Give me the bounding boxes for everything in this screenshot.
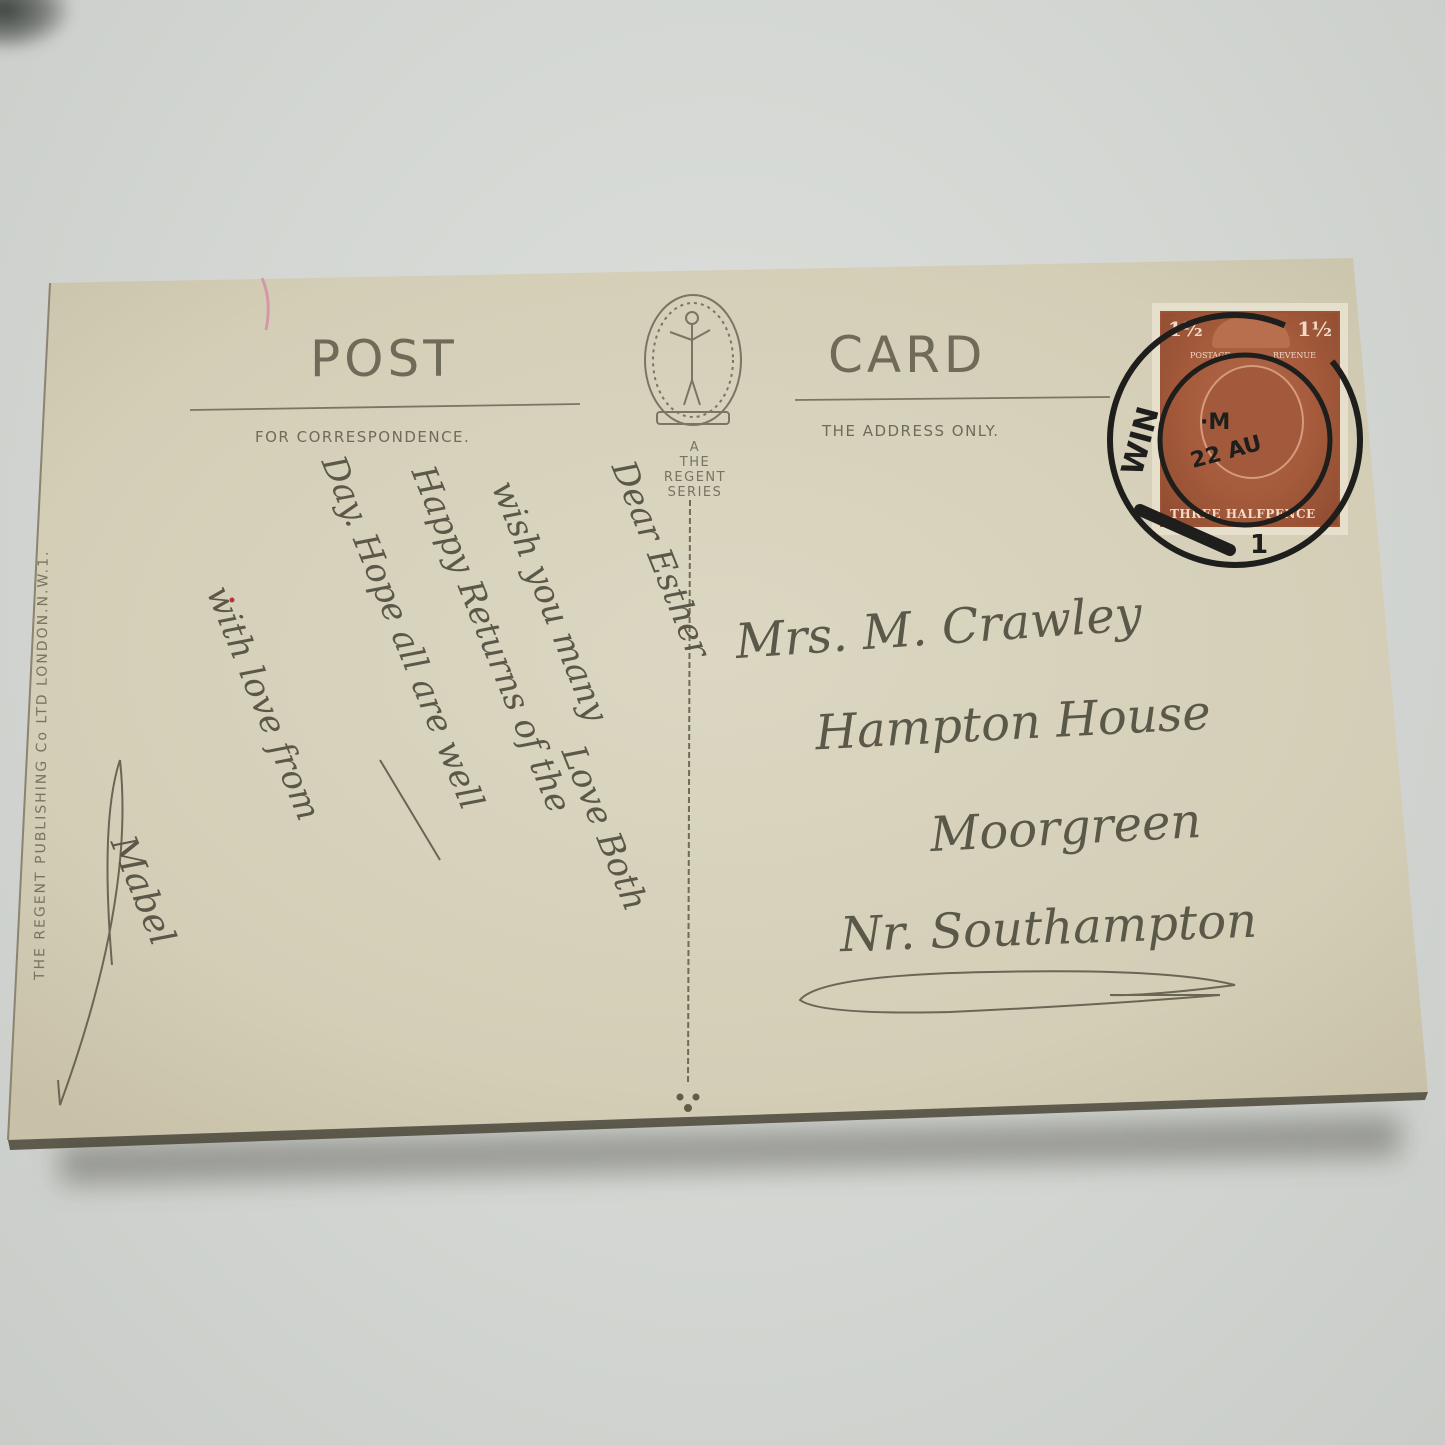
address-label: THE ADDRESS ONLY. bbox=[822, 422, 1000, 440]
series-line: REGENT bbox=[655, 470, 735, 485]
postcard: POST CARD FOR CORRESPONDENCE. THE ADDRES… bbox=[0, 0, 1445, 1445]
series-line: SERIES bbox=[655, 485, 735, 500]
stamp-face: 1½ 1½ POSTAGE REVENUE THREE HALFPENCE bbox=[1160, 311, 1340, 527]
postmark-year: 1 bbox=[1250, 530, 1268, 560]
regent-series-mark: A THE REGENT SERIES bbox=[655, 440, 735, 500]
correspondence-label: FOR CORRESPONDENCE. bbox=[255, 428, 470, 446]
crown-icon bbox=[1212, 318, 1290, 348]
postmark-line1: ·M bbox=[1200, 410, 1230, 435]
stamp-label-left: POSTAGE bbox=[1190, 351, 1230, 360]
series-mark-letter: A bbox=[655, 440, 735, 455]
series-line: THE bbox=[655, 455, 735, 470]
stamp-value-left: 1½ bbox=[1168, 317, 1203, 341]
card-heading: CARD bbox=[828, 326, 986, 384]
stamp-value-right: 1½ bbox=[1297, 317, 1332, 341]
postage-stamp: 1½ 1½ POSTAGE REVENUE THREE HALFPENCE bbox=[1152, 303, 1348, 535]
postcard-body bbox=[0, 0, 1445, 1445]
stamp-denomination: THREE HALFPENCE bbox=[1170, 507, 1316, 521]
stamp-label-right: REVENUE bbox=[1273, 351, 1316, 360]
post-heading: POST bbox=[310, 330, 458, 388]
